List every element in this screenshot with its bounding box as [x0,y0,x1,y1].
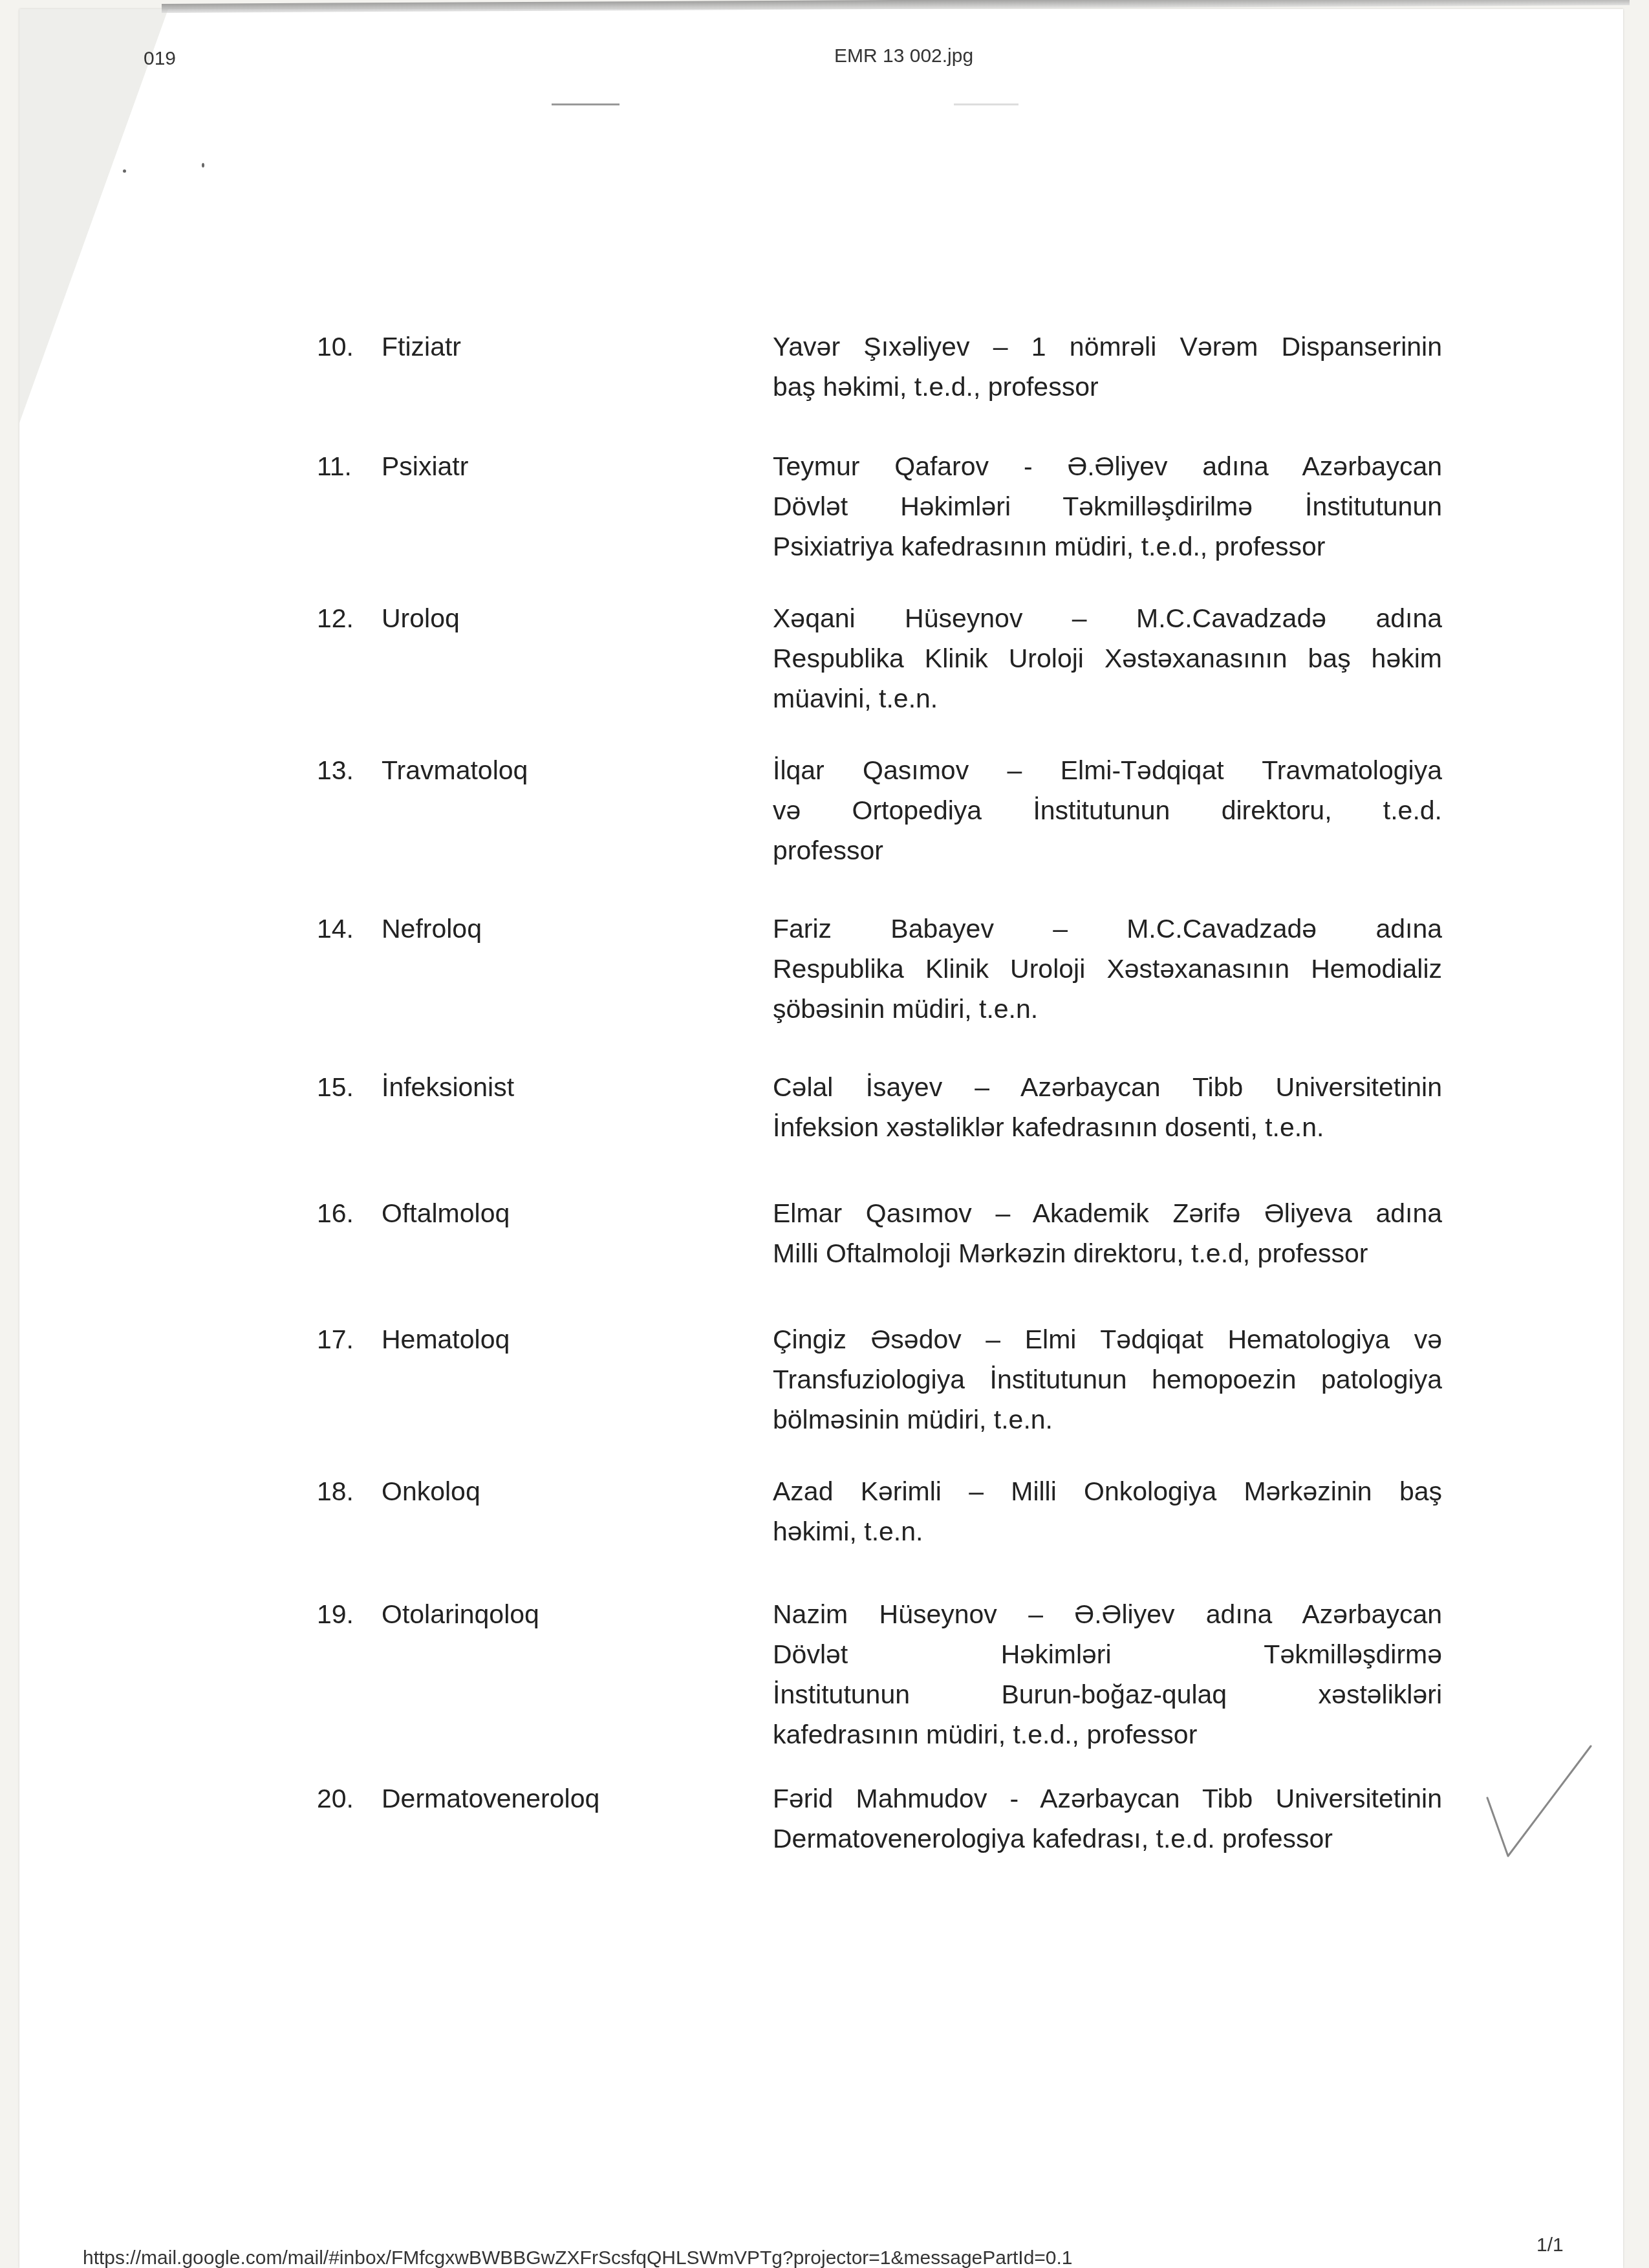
description-line: Fariz Babayev – M.C.Cavadzadə adına [773,909,1442,949]
specialty-label: Otolarinqoloq [382,1594,539,1634]
description-line: İnstitutunun Burun-boğaz-qulaq xəstəlikl… [773,1674,1442,1714]
item-number: 18. [317,1471,354,1511]
description-line: Fərid Mahmudov - Azərbaycan Tibb Univers… [773,1778,1442,1819]
specialist-description: Yavər Şıxəliyev – 1 nömrəli Vərəm Dispan… [773,327,1442,407]
description-line: Respublika Klinik Uroloji Xəstəxanasının… [773,949,1442,989]
description-line: Dermatovenerologiya kafedrası, t.e.d. pr… [773,1819,1442,1859]
item-number: 19. [317,1594,354,1634]
description-line: baş həkimi, t.e.d., professor [773,367,1442,407]
description-line: İlqar Qasımov – Elmi-Tədqiqat Travmatolo… [773,750,1442,790]
description-line: Respublika Klinik Uroloji Xəstəxanasının… [773,638,1442,678]
specialty-label: Hematoloq [382,1319,510,1359]
specialist-description: Nazim Hüseynov – Ə.Əliyev adına Azərbayc… [773,1594,1442,1755]
description-line: Teymur Qafarov - Ə.Əliyev adına Azərbayc… [773,446,1442,486]
specialty-label: Onkoloq [382,1471,480,1511]
specialty-label: Travmatoloq [382,750,528,790]
description-line: Yavər Şıxəliyev – 1 nömrəli Vərəm Dispan… [773,327,1442,367]
description-line: Dövlət Həkimləri Təkmilləşdirmə [773,1634,1442,1674]
description-line: şöbəsinin müdiri, t.e.n. [773,989,1442,1029]
item-number: 17. [317,1319,354,1359]
specialist-description: Fariz Babayev – M.C.Cavadzadə adınaRespu… [773,909,1442,1029]
description-line: Nazim Hüseynov – Ə.Əliyev adına Azərbayc… [773,1594,1442,1634]
description-line: Transfuziologiya İnstitutunun hemopoezin… [773,1359,1442,1399]
description-line: Çingiz Əsədov – Elmi Tədqiqat Hematologi… [773,1319,1442,1359]
description-line: İnfeksion xəstəliklər kafedrasının dosen… [773,1107,1442,1147]
specialty-label: Dermatoveneroloq [382,1778,599,1819]
specialty-label: Ftiziatr [382,327,461,367]
description-line: Cəlal İsayev – Azərbaycan Tibb Universit… [773,1067,1442,1107]
specialist-description: Xəqani Hüseynov – M.C.Cavadzadə adınaRes… [773,598,1442,718]
specialist-description: Cəlal İsayev – Azərbaycan Tibb Universit… [773,1067,1442,1147]
checkmark-icon [1481,1740,1597,1869]
item-number: 14. [317,909,354,949]
specialist-description: Fərid Mahmudov - Azərbaycan Tibb Univers… [773,1778,1442,1859]
specialty-label: Uroloq [382,598,460,638]
specialist-description: Elmar Qasımov – Akademik Zərifə Əliyeva … [773,1193,1442,1273]
item-number: 12. [317,598,354,638]
description-line: və Ortopediya İnstitutunun direktoru, t.… [773,790,1442,830]
description-line: Milli Oftalmoloji Mərkəzin direktoru, t.… [773,1233,1442,1273]
item-number: 10. [317,327,354,367]
footer-page-number: 1/1 [1536,2234,1564,2256]
description-line: Dövlət Həkimləri Təkmilləşdirilmə İnstit… [773,486,1442,526]
item-number: 11. [317,446,352,486]
item-number: 20. [317,1778,354,1819]
item-number: 16. [317,1193,354,1233]
header-date-fragment: 019 [144,48,176,70]
description-line: kafedrasının müdiri, t.e.d., professor [773,1714,1442,1755]
scan-speck [202,163,204,167]
description-line: Elmar Qasımov – Akademik Zərifə Əliyeva … [773,1193,1442,1233]
page-fold-corner [19,9,168,423]
description-line: Xəqani Hüseynov – M.C.Cavadzadə adına [773,598,1442,638]
specialist-description: Azad Kərimli – Milli Onkologiya Mərkəzin… [773,1471,1442,1551]
description-line: professor [773,830,1442,870]
specialty-label: Nefroloq [382,909,482,949]
description-line: müavini, t.e.n. [773,678,1442,718]
header-rule-left [552,103,620,105]
specialty-label: Oftalmoloq [382,1193,510,1233]
specialty-label: Psixiatr [382,446,468,486]
description-line: Azad Kərimli – Milli Onkologiya Mərkəzin… [773,1471,1442,1511]
specialist-description: Çingiz Əsədov – Elmi Tədqiqat Hematologi… [773,1319,1442,1440]
description-line: Psixiatriya kafedrasının müdiri, t.e.d.,… [773,526,1442,567]
item-number: 13. [317,750,354,790]
description-line: bölməsinin müdiri, t.e.n. [773,1399,1442,1440]
footer-url: https://mail.google.com/mail/#inbox/FMfc… [83,2247,1073,2268]
item-number: 15. [317,1067,354,1107]
description-line: həkimi, t.e.n. [773,1511,1442,1551]
specialist-description: Teymur Qafarov - Ə.Əliyev adına Azərbayc… [773,446,1442,567]
header-rule-right [954,103,1018,105]
scan-speck [123,169,126,173]
specialty-label: İnfeksionist [382,1067,514,1107]
header-title: EMR 13 002.jpg [834,45,973,67]
specialist-description: İlqar Qasımov – Elmi-Tədqiqat Travmatolo… [773,750,1442,870]
